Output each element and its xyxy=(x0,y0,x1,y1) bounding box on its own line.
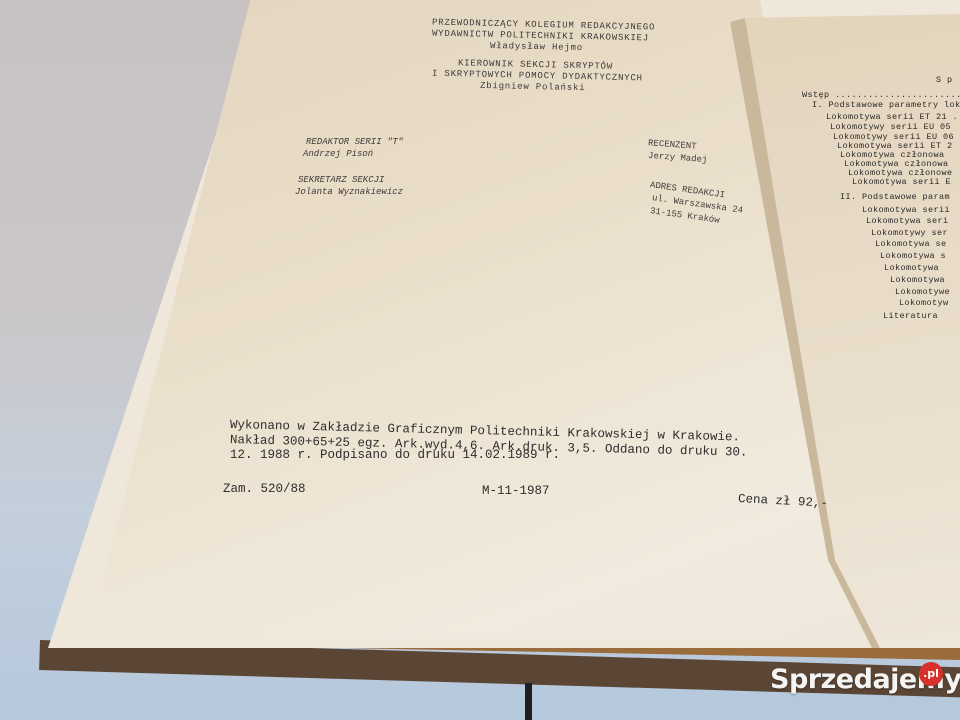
toc-line: Lokomotywa xyxy=(884,263,939,273)
toc-line: I. Podstawowe parametry lok xyxy=(812,100,960,110)
toc-line: Lokomotywy serii EU 05 xyxy=(830,122,951,132)
toc-line: Lokomotyw xyxy=(899,298,949,308)
toc-line: Lokomotywa s xyxy=(880,251,946,261)
catalog-code: M-11-1987 xyxy=(482,484,550,498)
toc-line: II. Podstawowe param xyxy=(840,192,950,202)
series-editor-label: REDAKTOR SERII "T" xyxy=(306,137,403,147)
photo-scene: PRZEWODNICZĄCY KOLEGIUM REDAKCYJNEGO WYD… xyxy=(0,0,960,720)
print-info-line3: 12. 1988 r. Podpisano do druku 14.02.198… xyxy=(230,448,560,462)
order-number: Zam. 520/88 xyxy=(223,482,306,496)
toc-title: S p xyxy=(936,75,953,85)
toc-line: Lokomotywa serii E xyxy=(852,177,951,187)
toc-line: Lokomotywa seri xyxy=(866,216,949,226)
toc-line: Wstęp .................................. xyxy=(802,90,960,100)
header-name: Władysław Hejmo xyxy=(490,41,583,53)
series-editor-name: Andrzej Pisoń xyxy=(303,149,373,159)
toc-line: Literatura xyxy=(883,311,938,321)
toc-line: Lokomotywa se xyxy=(875,239,947,249)
watermark-badge: .pl xyxy=(919,662,943,686)
secretary-label: SEKRETARZ SEKCJI xyxy=(298,175,384,185)
toc-line: Lokomotywa xyxy=(890,275,945,285)
toc-line: Lokomotywa serii ET 21 . xyxy=(826,112,958,122)
toc-line: Lokomotywy ser xyxy=(871,228,948,238)
secretary-name: Jolanta Wyznakiewicz xyxy=(295,187,403,197)
stand-pole xyxy=(525,683,532,720)
toc-line: Lokomotywa serii xyxy=(862,205,950,215)
toc-line: Lokomotywe xyxy=(895,287,950,297)
